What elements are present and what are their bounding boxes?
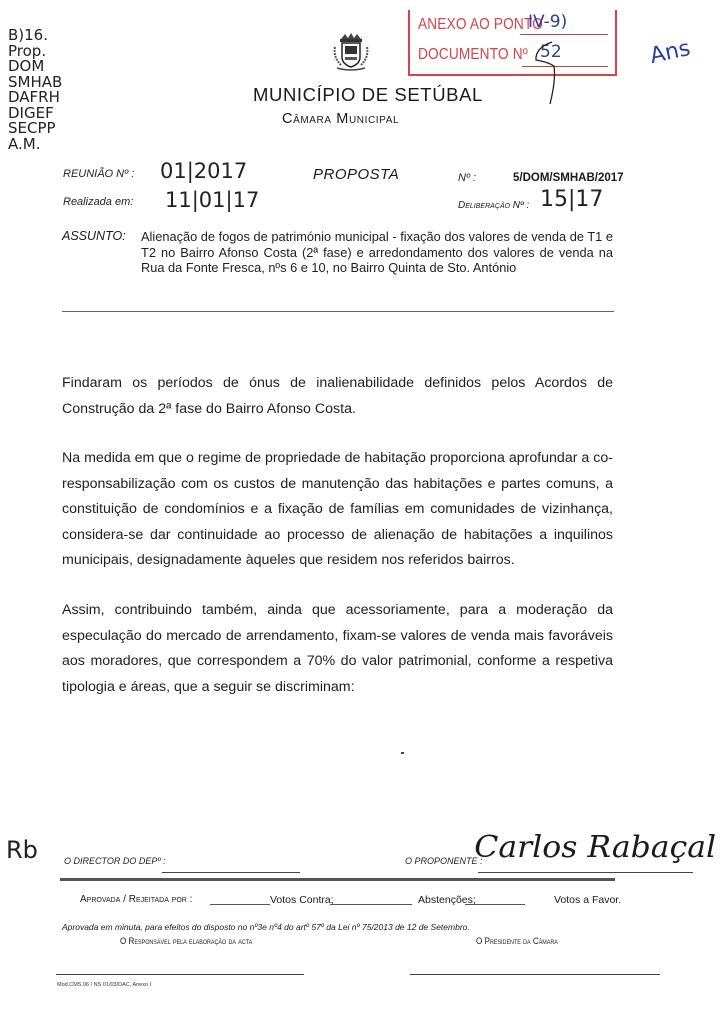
- camara-subtitle: Câmara Municipal: [282, 111, 399, 127]
- handwritten-arrow-mark: [530, 40, 570, 110]
- presidente-signature-line: [410, 974, 660, 975]
- minuta-note: Aprovada em minuta, para efeitos do disp…: [62, 922, 470, 932]
- reuniao-label: REUNIÃO Nº :: [63, 168, 134, 180]
- scan-artifact: [401, 752, 404, 754]
- stamp-annex-label: ANEXO AO PONTO: [418, 16, 543, 34]
- top-right-initials: Ans: [648, 36, 693, 69]
- margin-note: A.M.: [8, 137, 68, 153]
- responsavel-label: O Responsável pela elaboração da acta: [120, 936, 252, 946]
- director-initials: Rb: [6, 836, 38, 864]
- votes-against-blank: [210, 904, 270, 905]
- reuniao-value: 01|2017: [160, 159, 247, 183]
- presidente-label: O Presidente da Câmara: [476, 936, 558, 946]
- proponente-signature-line: [478, 872, 693, 873]
- municipality-title: MUNICÍPIO DE SETÚBAL: [253, 84, 483, 106]
- body-paragraph: Assim, contribuindo também, ainda que ac…: [62, 598, 613, 700]
- annex-stamp: ANEXO AO PONTO IV-9) DOCUMENTO Nº 52: [408, 10, 617, 76]
- numero-value: 5/DOM/SMHAB/2017: [513, 172, 624, 184]
- stamp-annex-value: IV-9): [528, 12, 567, 32]
- subject-label: ASSUNTO:: [62, 229, 126, 243]
- subject-text: Alienação de fogos de património municip…: [141, 229, 613, 276]
- deliberacao-label: Deliberação Nº :: [458, 200, 529, 211]
- proponente-signature: Carlos Rabaçal: [474, 830, 716, 865]
- realizada-value: 11|01|17: [165, 188, 259, 212]
- realizada-label: Realizada em:: [63, 196, 133, 208]
- aprovada-label: Aprovada / Rejeitada por :: [80, 894, 192, 905]
- numero-label: Nº :: [458, 172, 476, 184]
- deliberacao-value: 15|17: [540, 187, 603, 212]
- votes-favor-blank: [465, 904, 525, 905]
- body-paragraph: Na medida em que o regime de propriedade…: [62, 446, 613, 574]
- proponente-label: O PROPONENTE :: [405, 856, 483, 866]
- form-code: Mod.CMS.06 / NS 01/03/DAC, Anexo I: [57, 982, 151, 988]
- director-signature-line: [162, 872, 300, 873]
- stamp-document-label: DOCUMENTO Nº: [418, 46, 528, 64]
- votos-favor-label: Votos a Favor.: [554, 894, 621, 906]
- section-rule: [60, 878, 615, 881]
- municipal-crest-icon: [331, 31, 371, 71]
- director-label: O DIRECTOR DO DEPº :: [64, 856, 166, 866]
- responsavel-signature-line: [56, 974, 304, 975]
- subject-divider: [62, 311, 614, 312]
- votos-contra-label: Votos Contra;: [270, 894, 334, 906]
- body-paragraph: Findaram os períodos de ónus de inaliena…: [62, 371, 613, 422]
- abstentions-blank: [330, 904, 412, 905]
- margin-handwritten-notes: B)16. Prop. DOM SMHAB DAFRH DIGEF SECPP …: [8, 28, 68, 152]
- document-type-title: PROPOSTA: [313, 166, 399, 183]
